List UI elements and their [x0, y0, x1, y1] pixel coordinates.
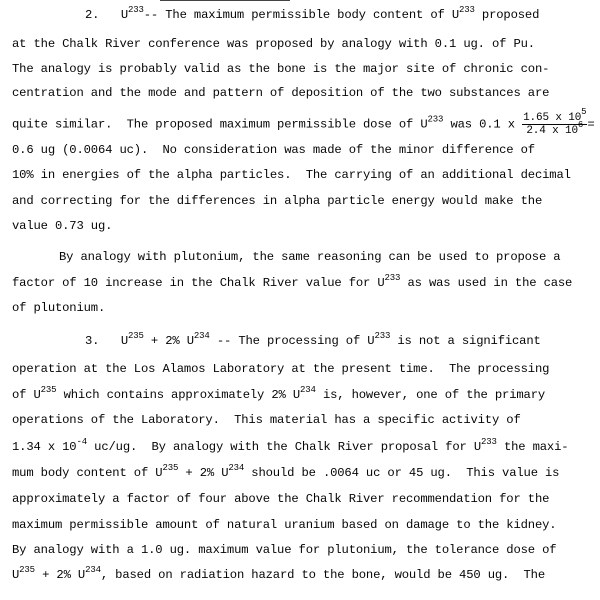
text-line: 10% in energies of the alpha particles. … [12, 168, 571, 182]
text-line: 0.6 ug (0.0064 uc). No consideration was… [12, 143, 535, 157]
text-line: value 0.73 ug. [12, 219, 112, 233]
text-line: The analogy is probably valid as the bon… [12, 62, 549, 76]
text-line: By analogy with a 1.0 ug. maximum value … [12, 543, 556, 557]
text-line: of plutonium. [12, 301, 105, 315]
text-line: at the Chalk River conference was propos… [12, 37, 535, 51]
text-line: centration and the mode and pattern of d… [12, 86, 549, 100]
text-line: of U235 which contains approximately 2% … [12, 388, 545, 402]
section-2-heading: 2. U233-- The maximum permissible body c… [85, 8, 539, 22]
document-page: 2. U233-- The maximum permissible body c… [0, 0, 600, 600]
text-line: maximum permissible amount of natural ur… [12, 518, 556, 532]
text-line: By analogy with plutonium, the same reas… [59, 250, 560, 264]
dose-fraction: 1.65 x 1052.4 x 106 [522, 112, 587, 137]
text-line: U235 + 2% U234, based on radiation hazar… [12, 568, 545, 582]
text-line: quite similar. The proposed maximum perm… [12, 112, 595, 137]
text-line: operations of the Laboratory. This mater… [12, 413, 521, 427]
text-line: approximately a factor of four above the… [12, 492, 549, 506]
section-3-heading: 3. U235 + 2% U234 -- The processing of U… [85, 334, 541, 348]
text-line: factor of 10 increase in the Chalk River… [12, 276, 572, 290]
text-line: mum body content of U235 + 2% U234 shoul… [12, 466, 559, 480]
text-line: and correcting for the differences in al… [12, 194, 542, 208]
section-number: 3. [85, 334, 99, 348]
text-line: 1.34 x 10-4 uc/ug. By analogy with the C… [12, 440, 568, 454]
section-number: 2. [85, 8, 99, 22]
header-underline [160, 0, 290, 1]
text-line: operation at the Los Alamos Laboratory a… [12, 362, 549, 376]
